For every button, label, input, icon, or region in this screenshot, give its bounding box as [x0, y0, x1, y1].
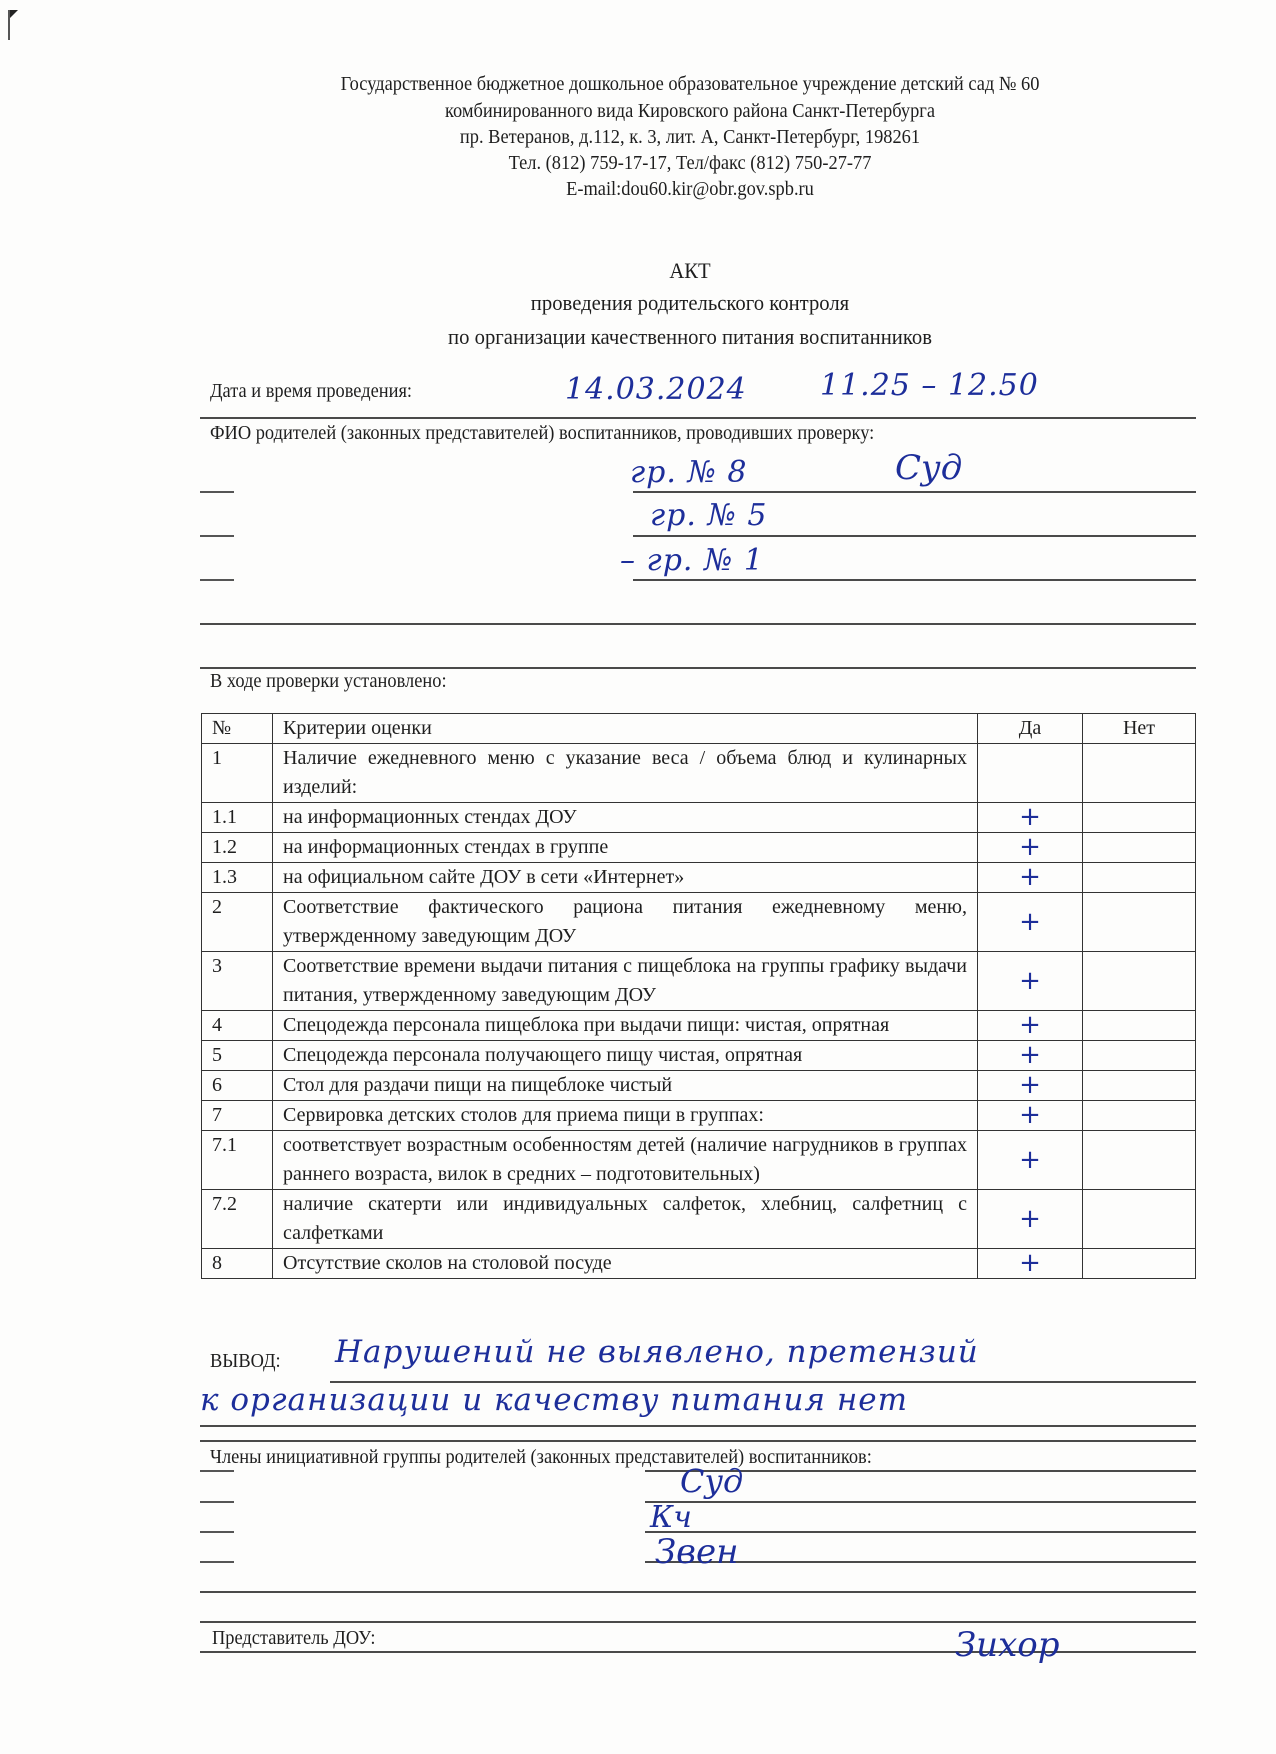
row-criteria: на информационных стендах ДОУ — [273, 803, 978, 833]
yes-mark: + — [978, 1101, 1083, 1131]
letterhead-line-2: комбинированного вида Кировского района … — [55, 100, 1276, 122]
row-number: 1.2 — [202, 833, 273, 863]
yes-mark: + — [978, 1131, 1083, 1190]
parent-entry-3: – гр. № 1 — [620, 543, 764, 578]
row-number: 8 — [202, 1249, 273, 1279]
letterhead-address: пр. Ветеранов, д.112, к. 3, лит. А, Санк… — [55, 126, 1276, 148]
row-criteria: Соответствие времени выдачи питания с пи… — [273, 952, 978, 1011]
table-row: 5Спецодежда персонала получающего пищу ч… — [202, 1041, 1196, 1071]
header-no: Нет — [1083, 714, 1196, 744]
parent-line-2 — [633, 535, 1196, 537]
table-row: 1.1на информационных стендах ДОУ+ — [202, 803, 1196, 833]
table-row: 3Соответствие времени выдачи питания с п… — [202, 952, 1196, 1011]
header-number: № — [202, 714, 273, 744]
conclusion-text-1: Нарушений не выявлено, претензий — [335, 1334, 979, 1370]
row-number: 5 — [202, 1041, 273, 1071]
row-number: 1.3 — [202, 863, 273, 893]
row-number: 1 — [202, 744, 273, 803]
row-criteria: Сервировка детских столов для приема пищ… — [273, 1101, 978, 1131]
conclusion-line-3 — [200, 1440, 1196, 1442]
parent-entry-1: гр. № 8 — [630, 455, 747, 490]
parent-line-4 — [200, 623, 1196, 625]
date-label: Дата и время проведения: — [210, 380, 412, 402]
yes-mark: + — [978, 952, 1083, 1011]
row-criteria: Отсутствие сколов на столовой посуде — [273, 1249, 978, 1279]
yes-mark: + — [978, 863, 1083, 893]
row-criteria: Спецодежда персонала получающего пищу чи… — [273, 1041, 978, 1071]
table-row: 7.1соответствует возрастным особенностям… — [202, 1131, 1196, 1190]
parent-dash-3 — [200, 579, 234, 581]
header-criteria: Критерии оценки — [273, 714, 978, 744]
yes-mark: + — [978, 893, 1083, 952]
table-row: 7Сервировка детских столов для приема пи… — [202, 1101, 1196, 1131]
table-row: 2Соответствие фактического рациона питан… — [202, 893, 1196, 952]
table-row: 1Наличие ежедневного меню с указание вес… — [202, 744, 1196, 803]
table-row: 7.2наличие скатерти или индивидуальных с… — [202, 1190, 1196, 1249]
members-label: Члены инициативной группы родителей (зак… — [210, 1446, 872, 1468]
representative-label: Представитель ДОУ: — [212, 1627, 376, 1649]
conclusion-line-2 — [200, 1425, 1196, 1427]
no-mark — [1083, 803, 1196, 833]
row-criteria: Соответствие фактического рациона питани… — [273, 893, 978, 952]
time-value: 11.25 – 12.50 — [820, 368, 1039, 403]
row-criteria: Стол для раздачи пищи на пищеблоке чисты… — [273, 1071, 978, 1101]
no-mark — [1083, 833, 1196, 863]
member-line-5 — [200, 1591, 1196, 1593]
no-mark — [1083, 1249, 1196, 1279]
no-mark — [1083, 893, 1196, 952]
findings-label: В ходе проверки установлено: — [210, 670, 447, 692]
row-number: 7.1 — [202, 1131, 273, 1190]
doc-subtitle-2: по организации качественного питания вос… — [41, 325, 1276, 349]
table-row: 1.3на официальном сайте ДОУ в сети «Инте… — [202, 863, 1196, 893]
parent-dash-1 — [200, 491, 234, 493]
date-underline — [200, 417, 1196, 419]
member-dash-4 — [200, 1561, 234, 1563]
no-mark — [1083, 1131, 1196, 1190]
yes-mark: + — [978, 803, 1083, 833]
no-mark — [1083, 1071, 1196, 1101]
doc-title: АКТ — [41, 259, 1276, 283]
member-dash-3 — [200, 1531, 234, 1533]
member-signature-2: Кч — [650, 1500, 692, 1535]
row-criteria: на информационных стендах в группе — [273, 833, 978, 863]
row-number: 7.2 — [202, 1190, 273, 1249]
row-number: 3 — [202, 952, 273, 1011]
member-line-2 — [645, 1501, 1196, 1503]
parent-line-5 — [200, 667, 1196, 669]
row-criteria: Спецодежда персонала пищеблока при выдач… — [273, 1011, 978, 1041]
yes-mark: + — [978, 1249, 1083, 1279]
no-mark — [1083, 1101, 1196, 1131]
date-value: 14.03.2024 — [565, 372, 747, 407]
row-criteria: соответствует возрастным особенностям де… — [273, 1131, 978, 1190]
row-number: 6 — [202, 1071, 273, 1101]
table-row: 6Стол для раздачи пищи на пищеблоке чист… — [202, 1071, 1196, 1101]
member-line-6 — [200, 1621, 1196, 1623]
yes-mark: + — [978, 1071, 1083, 1101]
no-mark — [1083, 863, 1196, 893]
no-mark — [1083, 1041, 1196, 1071]
criteria-table: № Критерии оценки Да Нет 1Наличие ежедне… — [201, 713, 1196, 1279]
table-row: 8Отсутствие сколов на столовой посуде+ — [202, 1249, 1196, 1279]
parent-entry-2: гр. № 5 — [650, 498, 767, 533]
parent-dash-2 — [200, 535, 234, 537]
letterhead-line-1: Государственное бюджетное дошкольное обр… — [55, 73, 1276, 95]
row-number: 7 — [202, 1101, 273, 1131]
letterhead-email: E-mail:dou60.kir@obr.gov.spb.ru — [55, 178, 1276, 200]
member-signature-3: Звен — [655, 1532, 739, 1572]
row-criteria: наличие скатерти или индивидуальных салф… — [273, 1190, 978, 1249]
row-number: 4 — [202, 1011, 273, 1041]
header-yes: Да — [978, 714, 1083, 744]
representative-signature: Зихор — [955, 1625, 1060, 1665]
conclusion-text-2: к организации и качеству питания нет — [200, 1382, 908, 1418]
yes-mark — [978, 744, 1083, 803]
member-signature-1: Суд — [680, 1462, 743, 1500]
parent-line-3 — [633, 579, 1196, 581]
yes-mark: + — [978, 833, 1083, 863]
parent-line-1 — [633, 491, 1196, 493]
row-number: 1.1 — [202, 803, 273, 833]
table-header-row: № Критерии оценки Да Нет — [202, 714, 1196, 744]
letterhead-phone: Тел. (812) 759-17-17, Тел/факс (812) 750… — [55, 152, 1276, 174]
row-criteria: Наличие ежедневного меню с указание веса… — [273, 744, 978, 803]
parents-label: ФИО родителей (законных представителей) … — [210, 422, 874, 444]
row-number: 2 — [202, 893, 273, 952]
scan-edge — [8, 10, 10, 40]
no-mark — [1083, 744, 1196, 803]
doc-subtitle-1: проведения родительского контроля — [41, 291, 1276, 315]
table-row: 1.2на информационных стендах в группе+ — [202, 833, 1196, 863]
table-row: 4Спецодежда персонала пищеблока при выда… — [202, 1011, 1196, 1041]
member-dash-2 — [200, 1501, 234, 1503]
member-dash-1 — [200, 1470, 234, 1472]
row-criteria: на официальном сайте ДОУ в сети «Интерне… — [273, 863, 978, 893]
no-mark — [1083, 1190, 1196, 1249]
no-mark — [1083, 952, 1196, 1011]
yes-mark: + — [978, 1011, 1083, 1041]
no-mark — [1083, 1011, 1196, 1041]
conclusion-label: ВЫВОД: — [210, 1350, 281, 1372]
parent-signature: Суд — [895, 448, 962, 488]
yes-mark: + — [978, 1190, 1083, 1249]
yes-mark: + — [978, 1041, 1083, 1071]
